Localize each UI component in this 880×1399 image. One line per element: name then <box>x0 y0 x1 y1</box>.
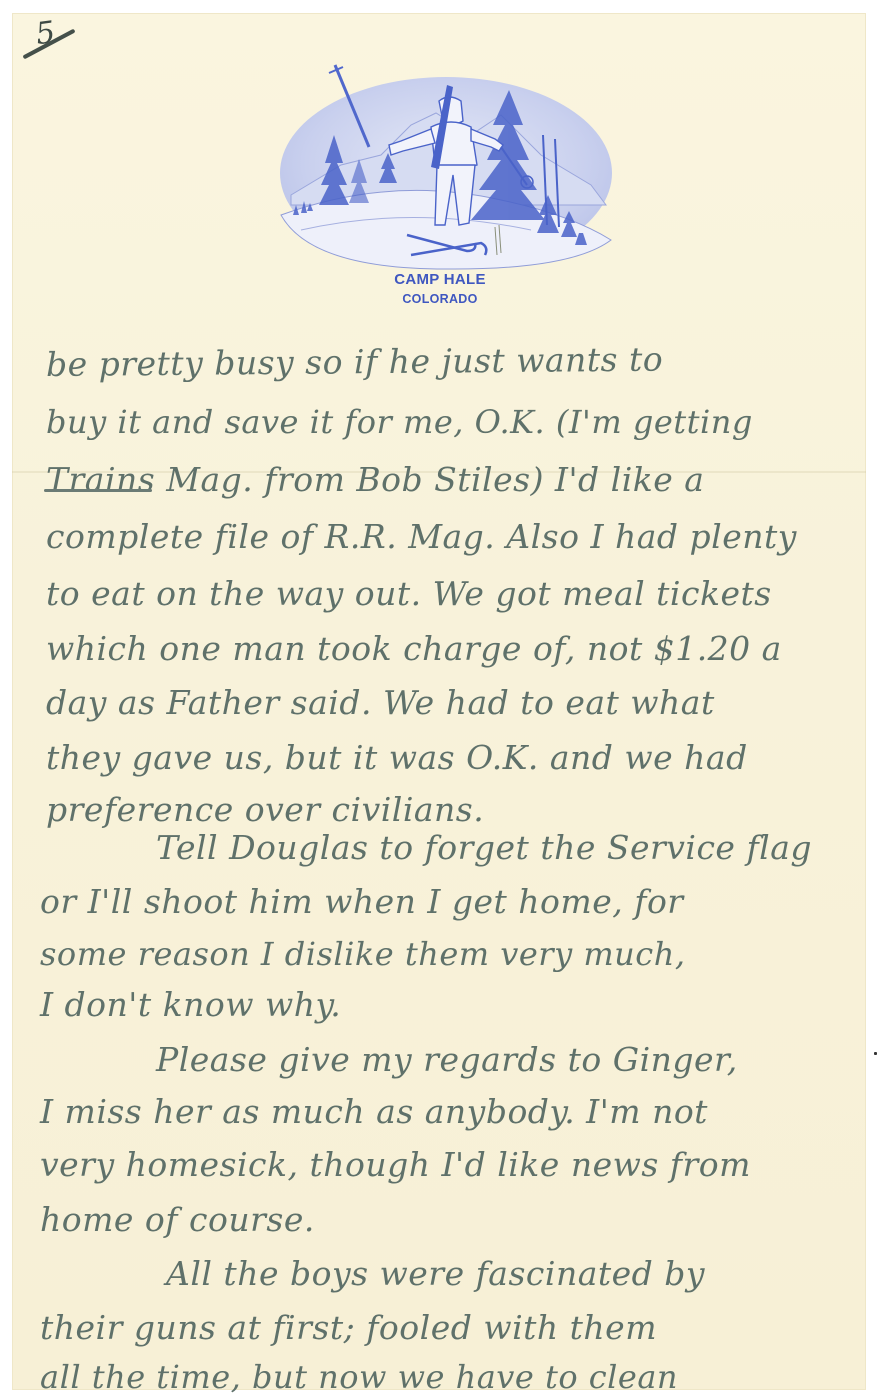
letter-line: I don't know why. <box>40 985 341 1024</box>
letter-line: be pretty busy so if he just wants to <box>46 340 663 384</box>
letter-line: which one man took charge of, not $1.20 … <box>46 629 782 668</box>
letter-line: buy it and save it for me, O.K. (I'm get… <box>46 403 753 441</box>
letter-line: Please give my regards to Ginger, <box>156 1040 738 1079</box>
letter-line: day as Father said. We had to eat what <box>46 683 715 722</box>
letter-line: All the boys were fascinated by <box>166 1254 705 1293</box>
letter-line: some reason I dislike them very much, <box>40 935 685 973</box>
letter-line: Trains Mag. from Bob Stiles) I'd like a <box>46 460 704 499</box>
letter-line: to eat on the way out. We got meal ticke… <box>46 574 772 613</box>
letter-line: all the time, but now we have to clean <box>40 1358 678 1396</box>
letter-line: complete file of R.R. Mag. Also I had pl… <box>46 517 797 556</box>
trains-underline <box>44 489 152 492</box>
letter-line: home of course. <box>40 1200 315 1239</box>
letter-line: very homesick, though I'd like news from <box>40 1145 751 1184</box>
letter-line: preference over civilians. <box>46 790 484 829</box>
ink-mark <box>874 1052 877 1055</box>
skier-vignette-icon <box>271 55 621 270</box>
letterhead-subtitle: COLORADO <box>0 292 880 306</box>
letter-line: they gave us, but it was O.K. and we had <box>46 738 748 777</box>
letter-line: Tell Douglas to forget the Service flag <box>156 828 812 867</box>
letter-line: I miss her as much as anybody. I'm not <box>40 1092 708 1131</box>
letter-line: their guns at first; fooled with them <box>40 1308 657 1347</box>
letterhead-title: CAMP HALE <box>0 271 880 288</box>
letter-line: or I'll shoot him when I get home, for <box>40 882 684 921</box>
